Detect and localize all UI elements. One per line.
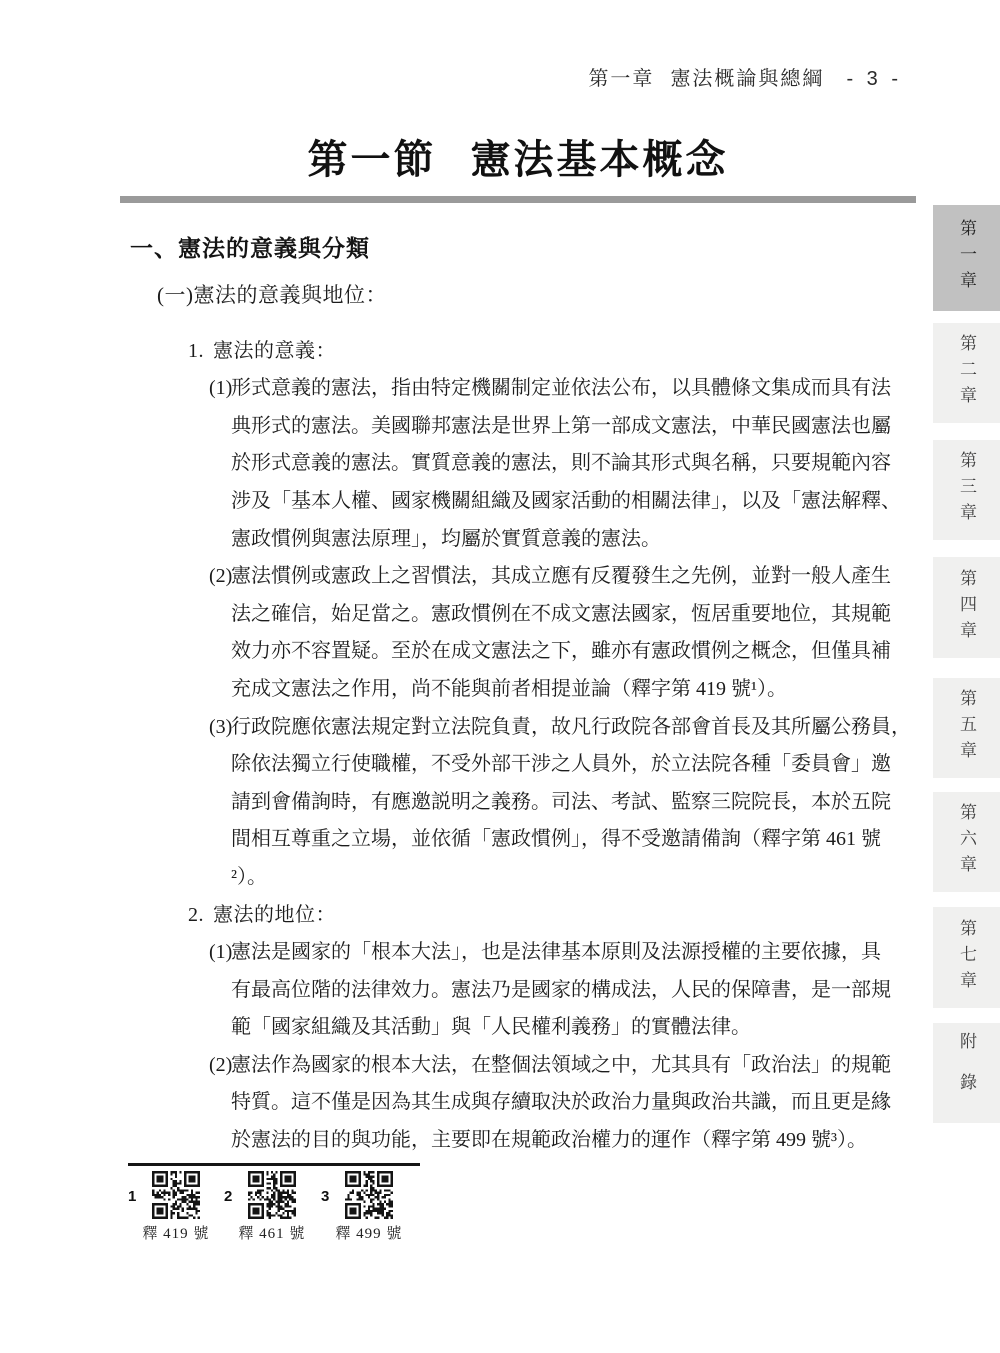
item-heading: 1.憲法的意義： — [130, 333, 930, 371]
point-paragraph: (2) 憲法慣例或憲政上之習慣法，其成立應有反覆發生之先例，並對一般人產生法之確… — [130, 558, 930, 708]
title-rule — [120, 196, 916, 203]
point-paragraph: (3) 行政院應依憲法規定對立法院負責，故凡行政院各部會首長及其所屬公務員，除依… — [130, 709, 930, 897]
sidebar-tab-chapter-6: 第六章 — [933, 792, 1000, 892]
point-marker: (2) — [209, 558, 232, 596]
footnote-group: 2 釋 461 號 — [224, 1171, 305, 1243]
item-number: 2. — [188, 904, 204, 926]
sidebar-tab-chapter-7: 第七章 — [933, 907, 1000, 1008]
text-line: 於形式意義的憲法。實質意義的憲法，則不論其形式與名稱，只要規範內容 — [231, 445, 930, 483]
footnote-group: 1 釋 419 號 — [128, 1171, 209, 1243]
item-title: 憲法的地位： — [213, 904, 336, 926]
paragraph-lines: 憲法是國家的「根本大法」，也是法律基本原則及法源授權的主要依據，具有最高位階的法… — [231, 934, 930, 1047]
text-line: 充成文憲法之作用，尚不能與前者相提並論（釋字第 419 號¹）。 — [231, 671, 930, 709]
footnote-label: 釋 461 號 — [238, 1222, 305, 1243]
heading-level-1: 一、憲法的意義與分類 — [130, 233, 930, 263]
footnote-number: 1 — [128, 1188, 136, 1205]
text-line: 效力亦不容置疑。至於在成文憲法之下，雖亦有憲政慣例之概念，但僅具補 — [231, 633, 930, 671]
text-line: 範「國家組織及其活動」與「人民權利義務」的實體法律。 — [231, 1009, 930, 1047]
text-line: 間相互尊重之立場，並依循「憲政慣例」，得不受邀請備詢（釋字第 461 號 — [231, 821, 930, 859]
paragraph-lines: 憲法慣例或憲政上之習慣法，其成立應有反覆發生之先例，並對一般人產生法之確信，始足… — [231, 558, 930, 708]
list-item-2: 2.憲法的地位： (1) 憲法是國家的「根本大法」，也是法律基本原則及法源授權的… — [130, 897, 930, 1160]
point-marker: (1) — [209, 934, 232, 972]
point-marker: (2) — [209, 1047, 232, 1085]
heading-level-2: (一)憲法的意義與地位： — [130, 277, 930, 315]
text-line: 涉及「基本人權、國家機關組織及國家活動的相關法律」，以及「憲法解釋、 — [231, 483, 930, 521]
section-name: 憲法基本概念 — [471, 137, 729, 182]
book-page: 第一章憲法概論與總綱- 3 - 第一節憲法基本概念 一、憲法的意義與分類 (一)… — [0, 0, 1000, 1353]
qr-code-icon — [248, 1171, 296, 1219]
item-number: 1. — [188, 340, 204, 362]
point-paragraph: (2) 憲法作為國家的根本大法，在整個法領域之中，尤其具有「政治法」的規範特質。… — [130, 1047, 930, 1160]
paragraph-lines: 憲法作為國家的根本大法，在整個法領域之中，尤其具有「政治法」的規範特質。這不僅是… — [231, 1047, 930, 1160]
text-line: 憲政慣例與憲法原理」，均屬於實質意義的憲法。 — [231, 521, 930, 559]
point-marker: (1) — [209, 370, 232, 408]
point-paragraph: (1) 形式意義的憲法，指由特定機關制定並依法公布，以具體條文集成而具有法典形式… — [130, 370, 930, 558]
text-line: 憲法慣例或憲政上之習慣法，其成立應有反覆發生之先例，並對一般人產生 — [231, 558, 930, 596]
text-line: 除依法獨立行使職權，不受外部干涉之人員外，於立法院各種「委員會」邀 — [231, 746, 930, 784]
point-paragraph: (1) 憲法是國家的「根本大法」，也是法律基本原則及法源授權的主要依據，具有最高… — [130, 934, 930, 1047]
paragraph-lines: 行政院應依憲法規定對立法院負責，故凡行政院各部會首長及其所屬公務員，除依法獨立行… — [231, 709, 930, 897]
list-item-1: 1.憲法的意義： (1) 形式意義的憲法，指由特定機關制定並依法公布，以具體條文… — [130, 333, 930, 897]
text-line: 憲法是國家的「根本大法」，也是法律基本原則及法源授權的主要依據，具 — [231, 934, 930, 972]
item-heading: 2.憲法的地位： — [130, 897, 930, 935]
sidebar-tab-chapter-4: 第四章 — [933, 557, 1000, 658]
footnote-rule — [128, 1163, 420, 1166]
sidebar-tab-chapter-3: 第三章 — [933, 440, 1000, 540]
text-line: 行政院應依憲法規定對立法院負責，故凡行政院各部會首長及其所屬公務員， — [231, 709, 930, 747]
qr-code-icon — [345, 1171, 393, 1219]
text-line: 法之確信，始足當之。憲政慣例在不成文憲法國家，恆居重要地位，其規範 — [231, 596, 930, 634]
item-title: 憲法的意義： — [213, 340, 336, 362]
text-line: 特質。這不僅是因為其生成與存續取決於政治力量與政治共識，而且更是緣 — [231, 1084, 930, 1122]
header-chapter-label: 第一章 — [588, 68, 654, 90]
sidebar-tab-chapter-1: 第一章 — [933, 205, 1000, 311]
running-header: 第一章憲法概論與總綱- 3 - — [0, 62, 902, 91]
section-number: 第一節 — [308, 137, 437, 182]
footnote-number: 3 — [321, 1188, 329, 1205]
sidebar-tab-chapter-2: 第二章 — [933, 323, 1000, 423]
text-line: 請到會備詢時，有應邀説明之義務。司法、考試、監察三院院長，本於五院 — [231, 784, 930, 822]
text-line: 典形式的憲法。美國聯邦憲法是世界上第一部成文憲法，中華民國憲法也屬 — [231, 408, 930, 446]
text-line: 有最高位階的法律效力。憲法乃是國家的構成法，人民的保障書，是一部規 — [231, 972, 930, 1010]
point-marker: (3) — [209, 709, 232, 747]
footnote-group: 3 釋 499 號 — [321, 1171, 402, 1243]
sidebar-tab-appendix: 附錄 — [933, 1023, 1000, 1123]
sidebar-tab-chapter-5: 第五章 — [933, 678, 1000, 778]
section-title: 第一節憲法基本概念 — [120, 128, 916, 185]
text-line: 於憲法的目的與功能，主要即在規範政治權力的運作（釋字第 499 號³）。 — [231, 1122, 930, 1160]
page-number: - 3 - — [846, 68, 902, 90]
text-line: 憲法作為國家的根本大法，在整個法領域之中，尤其具有「政治法」的規範 — [231, 1047, 930, 1085]
text-line: ²）。 — [231, 859, 930, 897]
footnote-label: 釋 499 號 — [335, 1222, 402, 1243]
footnote-number: 2 — [224, 1188, 232, 1205]
footnote-label: 釋 419 號 — [142, 1222, 209, 1243]
body-content: 一、憲法的意義與分類 (一)憲法的意義與地位： 1.憲法的意義： (1) 形式意… — [130, 233, 930, 1160]
qr-code-icon — [152, 1171, 200, 1219]
paragraph-lines: 形式意義的憲法，指由特定機關制定並依法公布，以具體條文集成而具有法典形式的憲法。… — [231, 370, 930, 558]
text-line: 形式意義的憲法，指由特定機關制定並依法公布，以具體條文集成而具有法 — [231, 370, 930, 408]
header-chapter-title: 憲法概論與總綱 — [670, 68, 824, 90]
